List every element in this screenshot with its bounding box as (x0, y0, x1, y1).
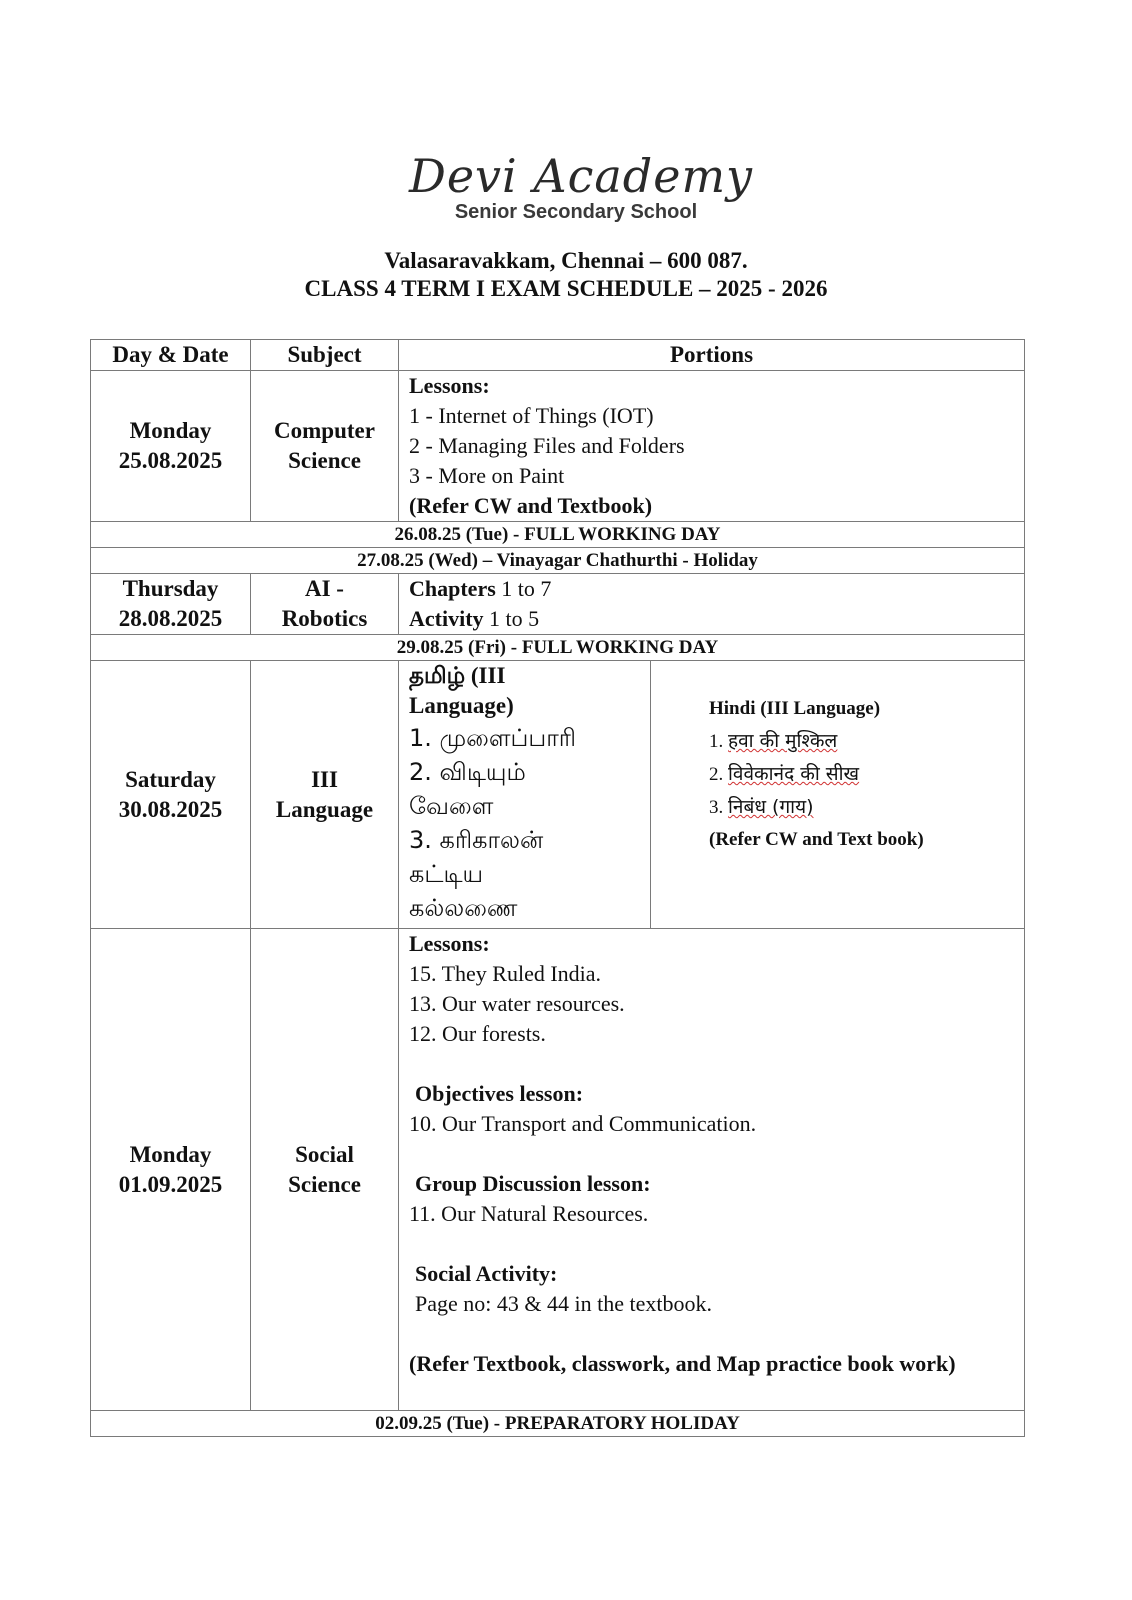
day-label: Monday (91, 416, 250, 446)
exam-schedule-table: Day & Date Subject Portions Monday 25.08… (90, 339, 1025, 1437)
date-label: 30.08.2025 (91, 795, 250, 825)
portion-item: 15. They Ruled India. (409, 959, 1024, 989)
portion-item: Activity 1 to 5 (409, 604, 1024, 634)
portions-cell: Lessons: 15. They Ruled India. 13. Our w… (399, 929, 1025, 1411)
portion-item: 13. Our water resources. (409, 989, 1024, 1019)
subject-line: III (251, 765, 398, 795)
tamil-portions-cell: தமிழ் (III Language) 1. முளைப்பாரி 2. வி… (399, 661, 651, 929)
subject-line: Computer (251, 416, 398, 446)
portion-label: Activity (409, 606, 484, 631)
portion-note: (Refer Textbook, classwork, and Map prac… (409, 1349, 1024, 1379)
portion-item: 2. विवेकानंद की सीख (709, 758, 1024, 791)
school-logo: Devi Academy Senior Secondary School (0, 148, 1132, 224)
portion-heading: Lessons: (409, 371, 1024, 401)
table-row: Thursday 28.08.2025 AI - Robotics Chapte… (91, 574, 1025, 635)
portion-item: 10. Our Transport and Communication. (409, 1109, 1024, 1139)
notice-row: 29.08.25 (Fri) - FULL WORKING DAY (91, 635, 1025, 661)
notice-row: 26.08.25 (Tue) - FULL WORKING DAY (91, 522, 1025, 548)
subject-line: Science (251, 446, 398, 476)
portion-heading: Language) (409, 691, 650, 721)
portion-item: 1. हवा की मुश्किल (709, 725, 1024, 758)
portion-value: 1 to 5 (484, 606, 540, 631)
portion-heading: Objectives lesson: (409, 1079, 1024, 1109)
table-row: Saturday 30.08.2025 III Language தமிழ் (… (91, 661, 1025, 929)
portions-cell: Chapters 1 to 7 Activity 1 to 5 (399, 574, 1025, 635)
portion-heading: Social Activity: (409, 1259, 1024, 1289)
column-header-portions: Portions (399, 340, 1025, 371)
portion-item: Chapters 1 to 7 (409, 574, 1024, 604)
day-label: Thursday (91, 574, 250, 604)
portion-heading: Lessons: (409, 929, 1024, 959)
portion-label: Chapters (409, 576, 496, 601)
portion-heading: தமிழ் (III (409, 661, 650, 691)
document-title: CLASS 4 TERM I EXAM SCHEDULE – 2025 - 20… (0, 275, 1132, 303)
portion-note: (Refer CW and Text book) (709, 824, 1024, 856)
item-text: निबंध (गाय) (728, 796, 814, 818)
day-label: Monday (91, 1140, 250, 1170)
school-address: Valasaravakkam, Chennai – 600 087. (0, 247, 1132, 275)
school-name: Devi Academy (30, 148, 1132, 204)
portion-item: 3. निबंध (गाय) (709, 791, 1024, 824)
day-label: Saturday (91, 765, 250, 795)
portion-item: 12. Our forests. (409, 1019, 1024, 1049)
subject-line: Science (251, 1170, 398, 1200)
portion-item: 2. விடியும் (409, 755, 650, 789)
day-date-cell: Saturday 30.08.2025 (91, 661, 251, 929)
subject-cell: Social Science (251, 929, 399, 1411)
notice-text: 26.08.25 (Tue) - FULL WORKING DAY (91, 522, 1025, 548)
subject-cell: AI - Robotics (251, 574, 399, 635)
notice-text: 29.08.25 (Fri) - FULL WORKING DAY (91, 635, 1025, 661)
portion-item: Page no: 43 & 44 in the textbook. (409, 1289, 1024, 1319)
column-header-subject: Subject (251, 340, 399, 371)
table-header-row: Day & Date Subject Portions (91, 340, 1025, 371)
item-text: विवेकानंद की सीख (728, 763, 859, 785)
subject-line: Robotics (251, 604, 398, 634)
portion-item: 3. கரிகாலன் (409, 823, 650, 857)
portions-cell: Lessons: 1 - Internet of Things (IOT) 2 … (399, 371, 1025, 522)
portion-heading: Group Discussion lesson: (409, 1169, 1024, 1199)
portion-item: 3 - More on Paint (409, 461, 1024, 491)
item-number: 3. (709, 797, 728, 818)
hindi-portions-cell: Hindi (III Language) 1. हवा की मुश्किल 2… (651, 661, 1025, 929)
portion-heading: Hindi (III Language) (709, 693, 1024, 725)
day-date-cell: Monday 01.09.2025 (91, 929, 251, 1411)
portion-item: 11. Our Natural Resources. (409, 1199, 1024, 1229)
subject-cell: Computer Science (251, 371, 399, 522)
subject-line: AI - (251, 574, 398, 604)
subject-line: Language (251, 795, 398, 825)
item-text: हवा की मुश्किल (728, 730, 837, 752)
notice-row: 27.08.25 (Wed) – Vinayagar Chathurthi - … (91, 548, 1025, 574)
notice-text: 27.08.25 (Wed) – Vinayagar Chathurthi - … (91, 548, 1025, 574)
notice-text: 02.09.25 (Tue) - PREPARATORY HOLIDAY (91, 1411, 1025, 1437)
item-number: 1. (709, 731, 728, 752)
subject-line: Social (251, 1140, 398, 1170)
table-row: Monday 25.08.2025 Computer Science Lesso… (91, 371, 1025, 522)
portion-item: கல்லணை (409, 891, 650, 925)
day-date-cell: Monday 25.08.2025 (91, 371, 251, 522)
notice-row: 02.09.25 (Tue) - PREPARATORY HOLIDAY (91, 1411, 1025, 1437)
portion-value: 1 to 7 (496, 576, 552, 601)
portion-item: 1. முளைப்பாரி (409, 721, 650, 755)
column-header-day-date: Day & Date (91, 340, 251, 371)
portion-note: (Refer CW and Textbook) (409, 491, 1024, 521)
table-row: Monday 01.09.2025 Social Science Lessons… (91, 929, 1025, 1411)
subject-cell: III Language (251, 661, 399, 929)
portion-item: வேளை (409, 789, 650, 823)
item-number: 2. (709, 764, 728, 785)
date-label: 01.09.2025 (91, 1170, 250, 1200)
portion-item: 1 - Internet of Things (IOT) (409, 401, 1024, 431)
date-label: 28.08.2025 (91, 604, 250, 634)
day-date-cell: Thursday 28.08.2025 (91, 574, 251, 635)
portion-item: 2 - Managing Files and Folders (409, 431, 1024, 461)
school-subtitle: Senior Secondary School (20, 200, 1132, 224)
date-label: 25.08.2025 (91, 446, 250, 476)
portion-item: கட்டிய (409, 857, 650, 891)
